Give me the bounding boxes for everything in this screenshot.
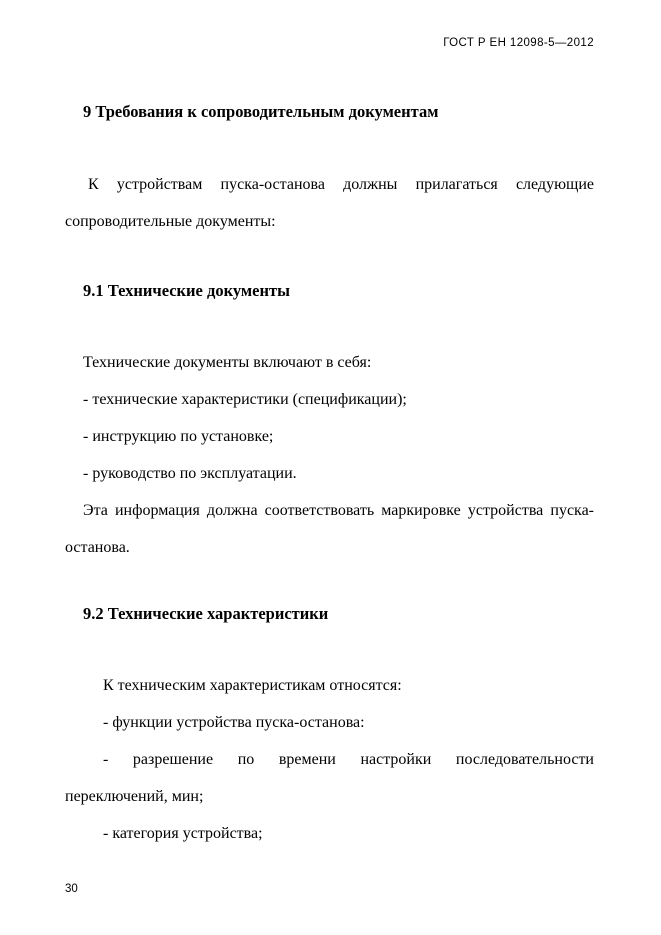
intro-paragraph-line-1: К устройствам пуска-останова должны прил…	[65, 166, 594, 203]
section-9-1-note-line-2: останова.	[65, 529, 594, 566]
document-page: ГОСТ Р ЕН 12098-5—2012 9 Требования к со…	[0, 0, 661, 935]
section-9-2-list-item: - категория устройства;	[65, 815, 594, 852]
section-9-1-list-item: - технические характеристики (спецификац…	[65, 381, 594, 418]
section-9-2-list-item-line-1: - разрешение по времени настройки послед…	[65, 741, 594, 778]
section-9-1-lead: Технические документы включают в себя:	[65, 344, 594, 381]
section-9-heading: 9 Требования к сопроводительным документ…	[65, 93, 594, 130]
page-number: 30	[65, 882, 594, 896]
section-9-2-lead: К техническим характеристикам относятся:	[65, 667, 594, 704]
section-9-1-note-line-1: Эта информация должна соответствовать ма…	[65, 492, 594, 529]
intro-paragraph-line-2: сопроводительные документы:	[65, 203, 594, 240]
section-9-1-list-item: - руководство по эксплуатации.	[65, 455, 594, 492]
section-9-1-heading: 9.1 Технические документы	[65, 272, 594, 309]
section-9-2-list-item-line-2: переключений, мин;	[65, 778, 594, 815]
section-9-2-list-item: - функции устройства пуска-останова:	[65, 704, 594, 741]
section-9-2-heading: 9.2 Технические характеристики	[65, 595, 594, 632]
document-header-designation: ГОСТ Р ЕН 12098-5—2012	[65, 36, 594, 50]
section-9-1-list-item: - инструкцию по установке;	[65, 418, 594, 455]
